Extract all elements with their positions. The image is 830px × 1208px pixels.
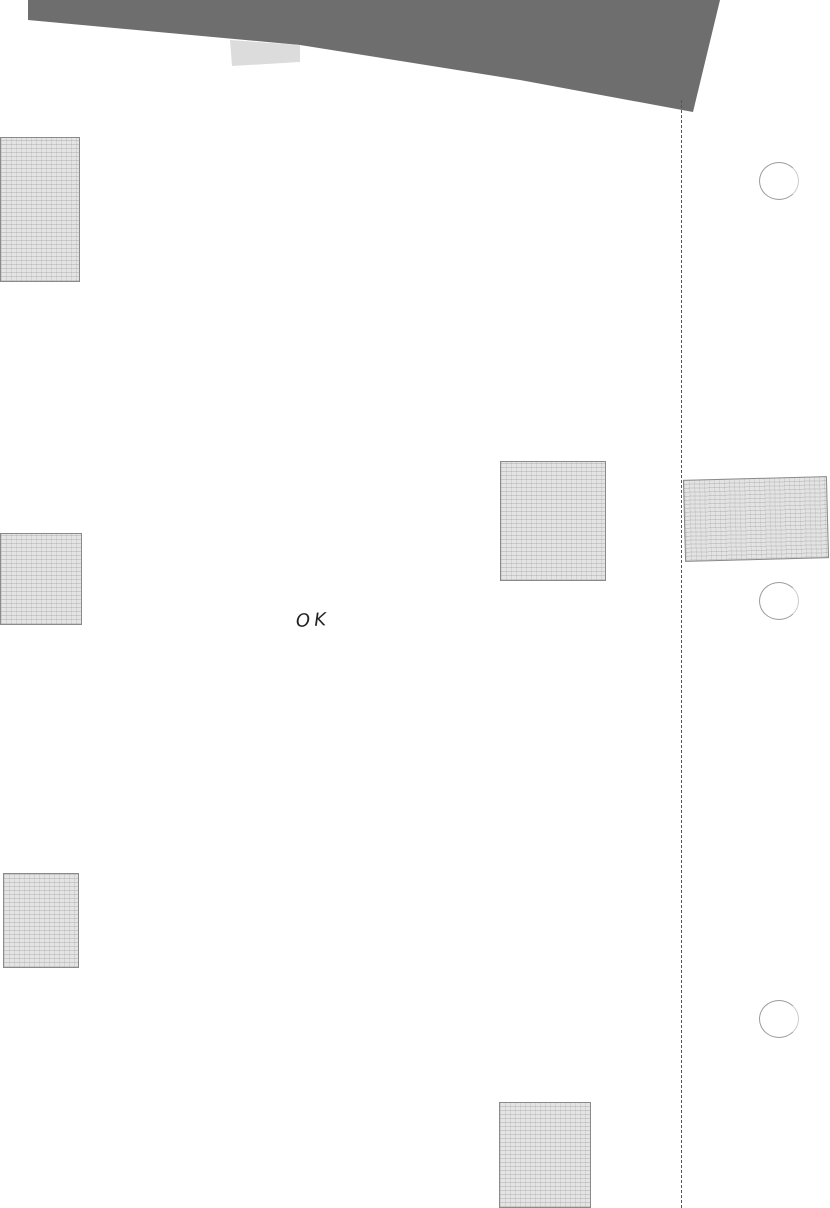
tape-patch-center-right: [500, 461, 606, 581]
punch-hole-middle: [759, 582, 799, 620]
dark-paper-strip: [0, 0, 830, 115]
tape-patch-bottom-right: [499, 1102, 591, 1208]
tape-patch-left-top: [0, 137, 80, 282]
tape-patch-right-edge: [683, 476, 829, 562]
punch-hole-bottom: [759, 1000, 799, 1038]
tape-patch-left-bottom: [3, 873, 79, 968]
fold-line: [681, 100, 682, 1208]
punch-hole-top: [759, 162, 799, 200]
handwritten-ok-note: OK: [295, 609, 330, 632]
tape-patch-left-middle: [0, 533, 82, 625]
